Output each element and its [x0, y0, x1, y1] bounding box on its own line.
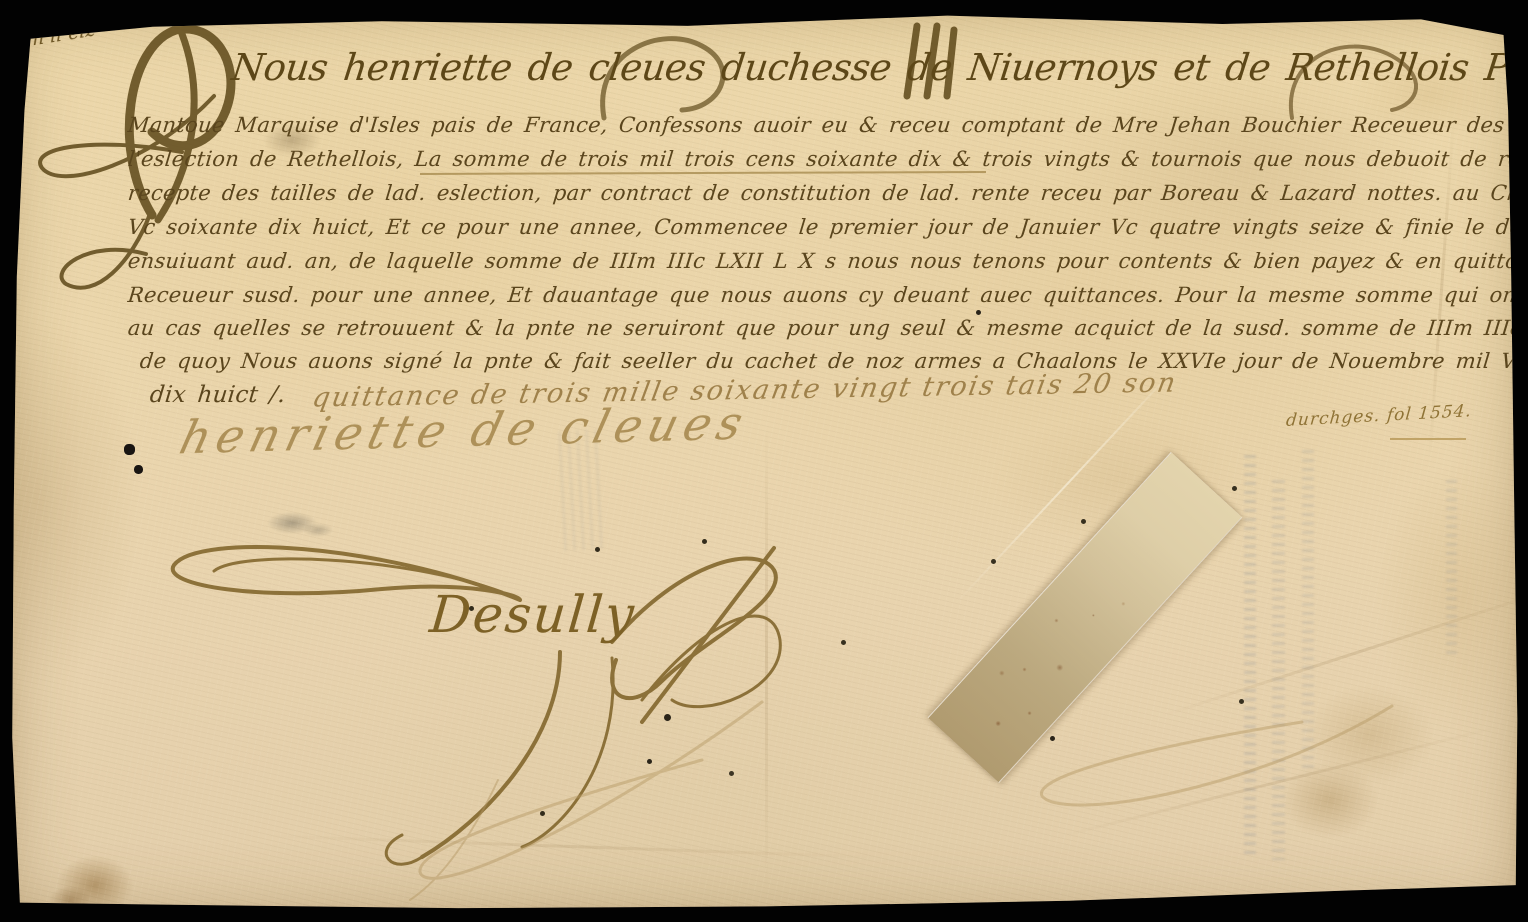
ink-specks: [0, 0, 3, 3]
parchment-sheet: m ll elz Nous henriette de cleues duches…: [0, 0, 1528, 922]
manuscript-scan: m ll elz Nous henriette de cleues duches…: [0, 0, 1528, 922]
parchment-edge-shading: [0, 0, 1528, 922]
